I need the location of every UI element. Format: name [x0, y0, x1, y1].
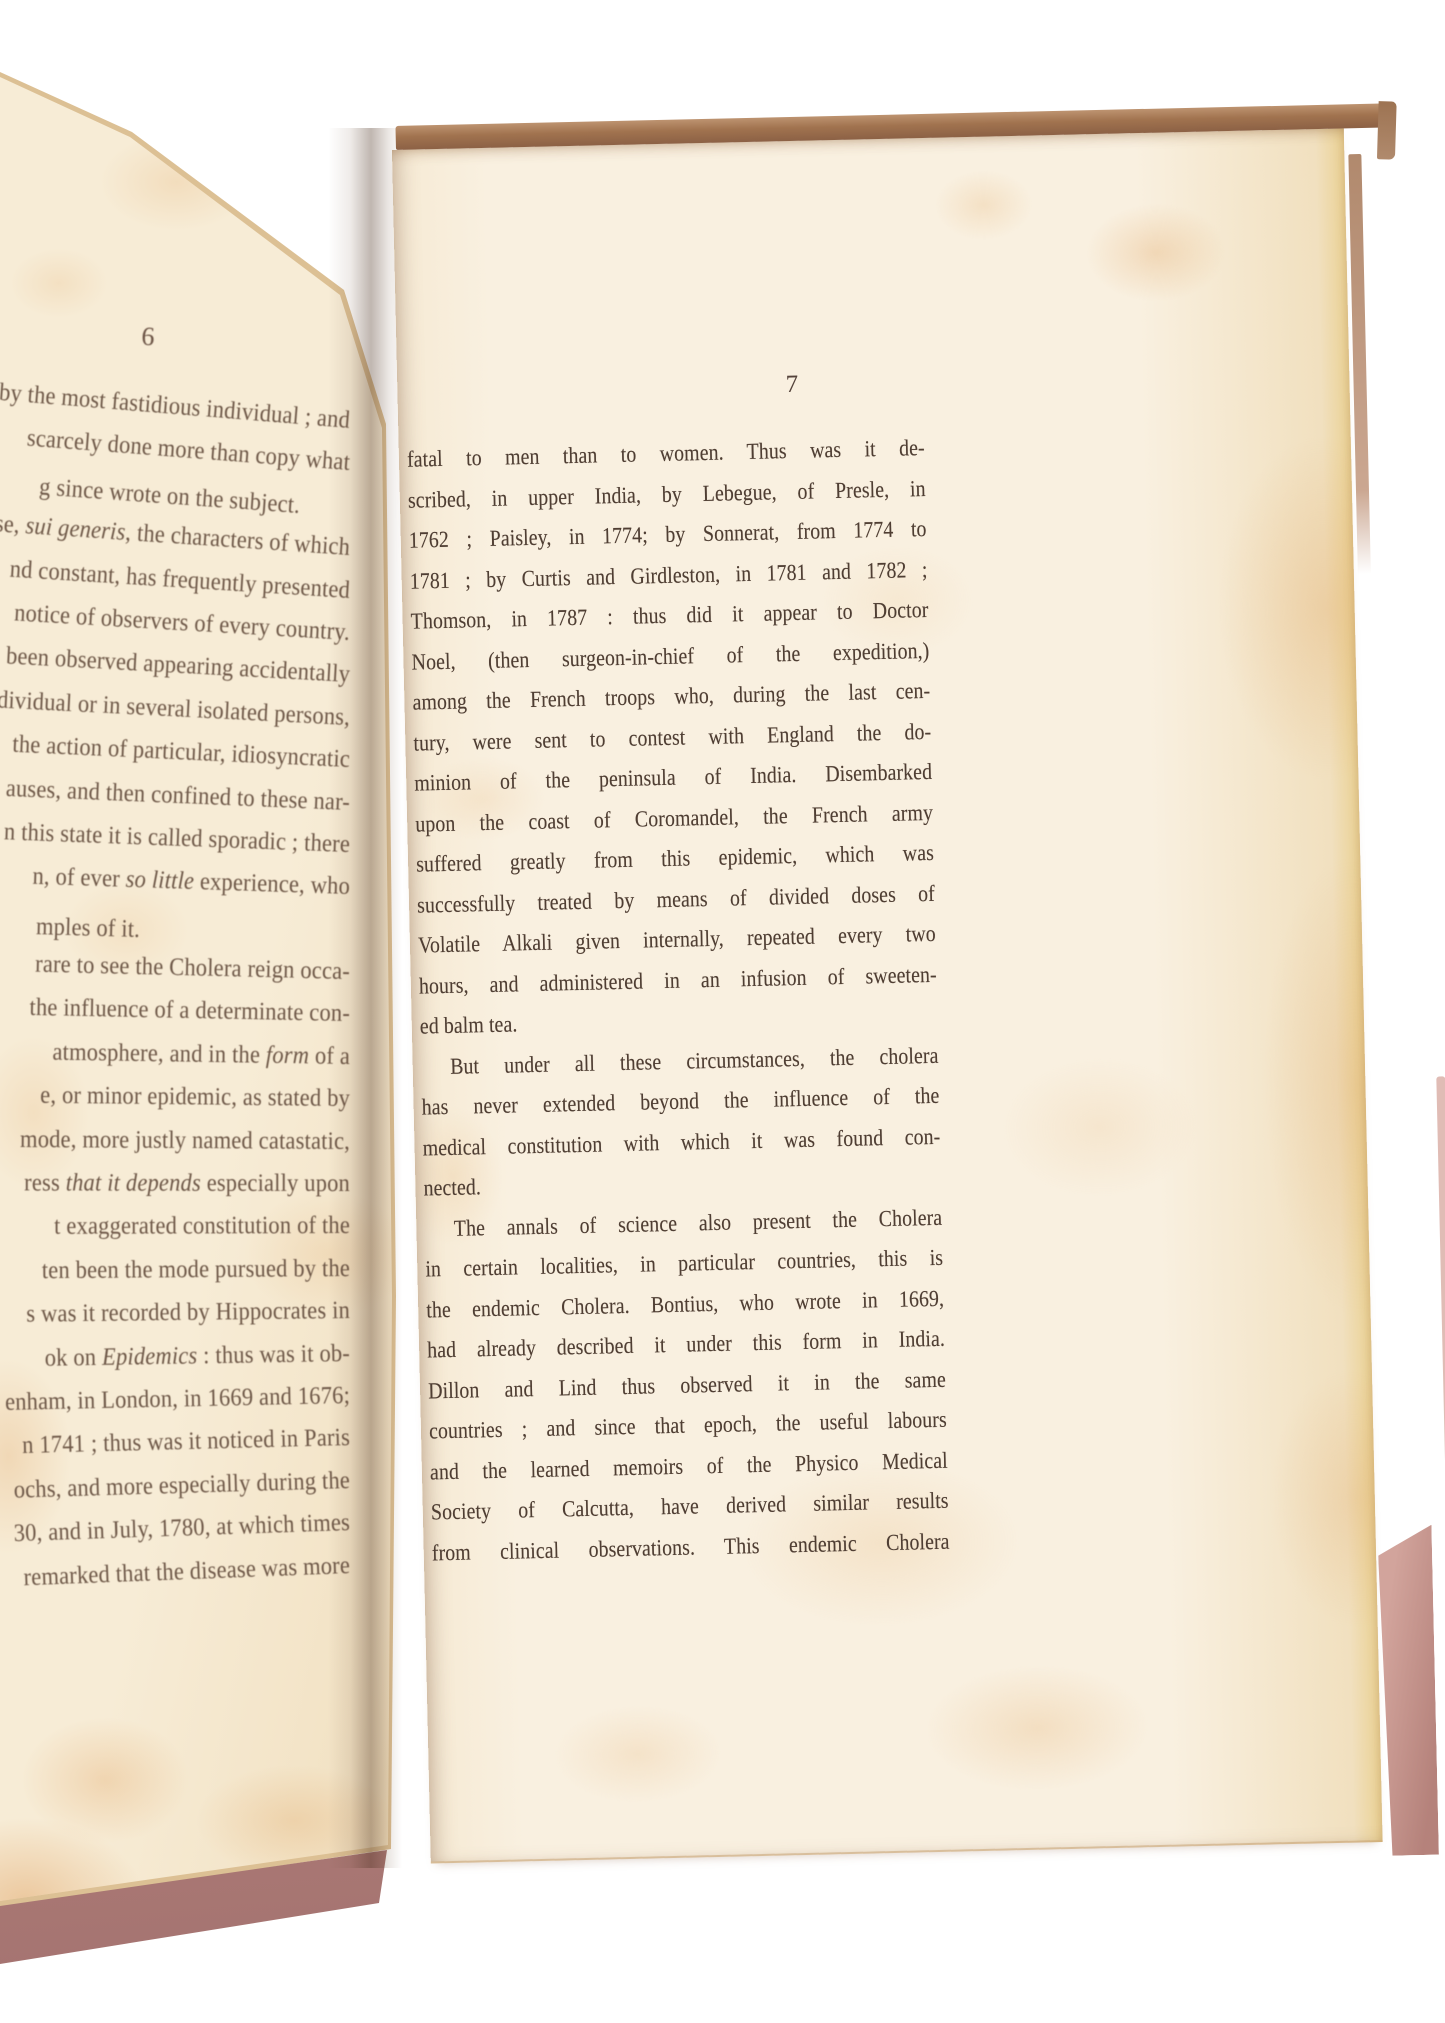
cover-fore-edge-top — [1348, 154, 1371, 574]
cover-top-edge — [395, 103, 1391, 150]
page-number-left: 6 — [117, 320, 179, 354]
text-line: atmosphere, and in the form of a — [0, 1028, 350, 1079]
right-page-text: fatal to men than to women. Thus was it … — [407, 426, 1033, 1573]
text-line: mode, more justly named catastatic, — [0, 1117, 350, 1163]
cover-fore-edge-bottom — [1377, 1525, 1438, 1856]
text-line: ten been the mode pursued by the — [0, 1248, 350, 1294]
text-line: e, or minor epidemic, as stated by — [0, 1072, 350, 1120]
cover-fore-edge-sliver — [1436, 1076, 1445, 1636]
text-line: s was it recorded by Hippocrates in — [0, 1290, 350, 1339]
text-line: ress that it depends especially upon — [0, 1162, 350, 1205]
page-number-right: 7 — [737, 370, 848, 400]
text-line: t exaggerated constitution of the — [0, 1205, 350, 1249]
text-line: rare to see the Cholera reign occa- — [0, 938, 350, 994]
right-page: 7 fatal to men than to women. Thus was i… — [392, 128, 1383, 1863]
book-photo: 6 by the most fastidious individual ; an… — [0, 0, 1445, 2023]
cover-top-corner — [1377, 101, 1397, 160]
left-page-text: by the most fastidious individual ; ands… — [0, 400, 350, 1587]
gutter-shadow — [328, 128, 402, 1868]
